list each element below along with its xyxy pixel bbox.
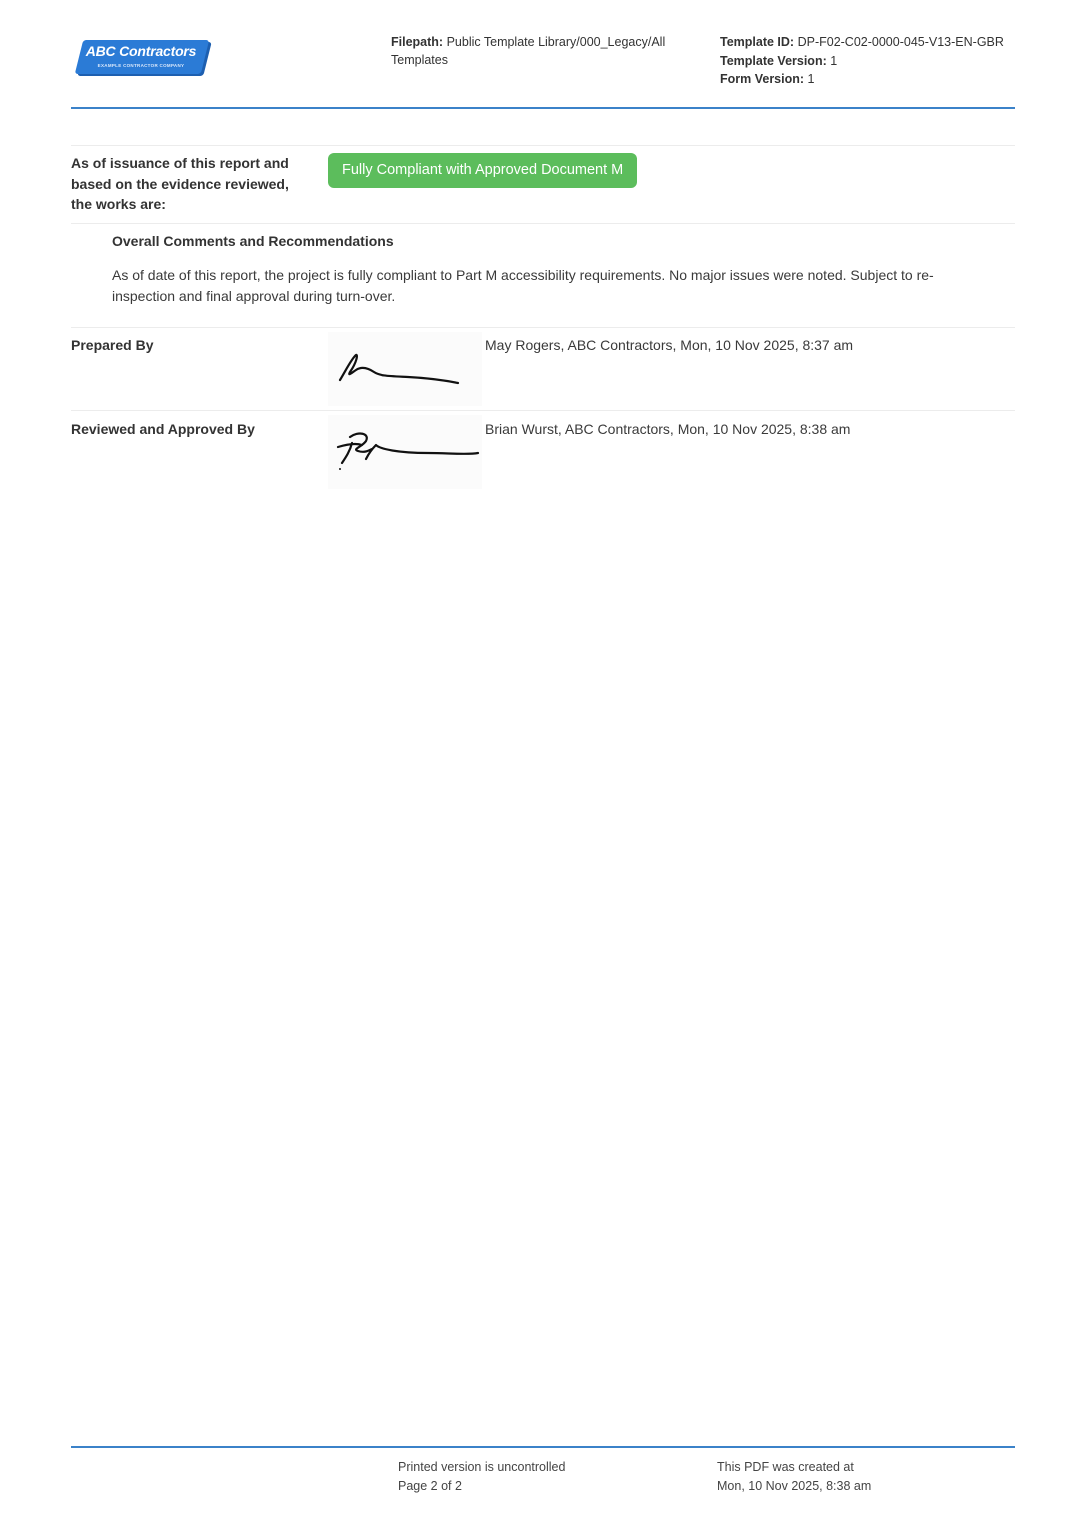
comments-body: As of date of this report, the project i…: [112, 265, 992, 307]
footer-divider: [71, 1446, 1015, 1448]
filepath-info: Filepath: Public Template Library/000_Le…: [391, 33, 691, 69]
footer-created-info: This PDF was created at Mon, 10 Nov 2025…: [717, 1458, 871, 1495]
template-version-label: Template Version:: [720, 54, 827, 68]
logo-name: ABC Contractors: [73, 43, 209, 59]
comments-title: Overall Comments and Recommendations: [112, 233, 394, 249]
prepared-by-signature: [328, 332, 482, 406]
form-version: Form Version: 1: [720, 70, 1020, 89]
row-divider: [71, 223, 1015, 224]
signature-icon: [328, 332, 482, 406]
prepared-by-signer: May Rogers, ABC Contractors, Mon, 10 Nov…: [485, 337, 853, 353]
row-divider: [71, 145, 1015, 146]
signature-icon: [328, 415, 482, 489]
footer-page-info: Printed version is uncontrolled Page 2 o…: [398, 1458, 565, 1495]
page-number: Page 2 of 2: [398, 1477, 565, 1496]
approved-by-signer: Brian Wurst, ABC Contractors, Mon, 10 No…: [485, 421, 850, 437]
company-logo: ABC Contractors EXAMPLE CONTRACTOR COMPA…: [73, 38, 209, 78]
template-id-label: Template ID:: [720, 35, 794, 49]
approved-by-label: Reviewed and Approved By: [71, 421, 255, 437]
prepared-by-label: Prepared By: [71, 337, 153, 353]
created-timestamp: Mon, 10 Nov 2025, 8:38 am: [717, 1477, 871, 1496]
filepath-label: Filepath:: [391, 35, 443, 49]
compliance-status-badge: Fully Compliant with Approved Document M: [328, 153, 637, 188]
header-divider: [71, 107, 1015, 109]
logo-tagline: EXAMPLE CONTRACTOR COMPANY: [73, 63, 209, 68]
form-version-label: Form Version:: [720, 72, 804, 86]
form-version-value: 1: [808, 72, 815, 86]
template-version-value: 1: [830, 54, 837, 68]
template-id: Template ID: DP-F02-C02-0000-045-V13-EN-…: [720, 33, 1020, 52]
template-id-value: DP-F02-C02-0000-045-V13-EN-GBR: [798, 35, 1004, 49]
row-divider: [71, 327, 1015, 328]
created-label: This PDF was created at: [717, 1458, 871, 1477]
page-header: ABC Contractors EXAMPLE CONTRACTOR COMPA…: [71, 0, 1015, 110]
template-info: Template ID: DP-F02-C02-0000-045-V13-EN-…: [720, 33, 1020, 89]
row-divider: [71, 410, 1015, 411]
template-version: Template Version: 1: [720, 52, 1020, 71]
approved-by-signature: [328, 415, 482, 489]
compliance-status-label: As of issuance of this report and based …: [71, 153, 301, 215]
uncontrolled-notice: Printed version is uncontrolled: [398, 1458, 565, 1477]
